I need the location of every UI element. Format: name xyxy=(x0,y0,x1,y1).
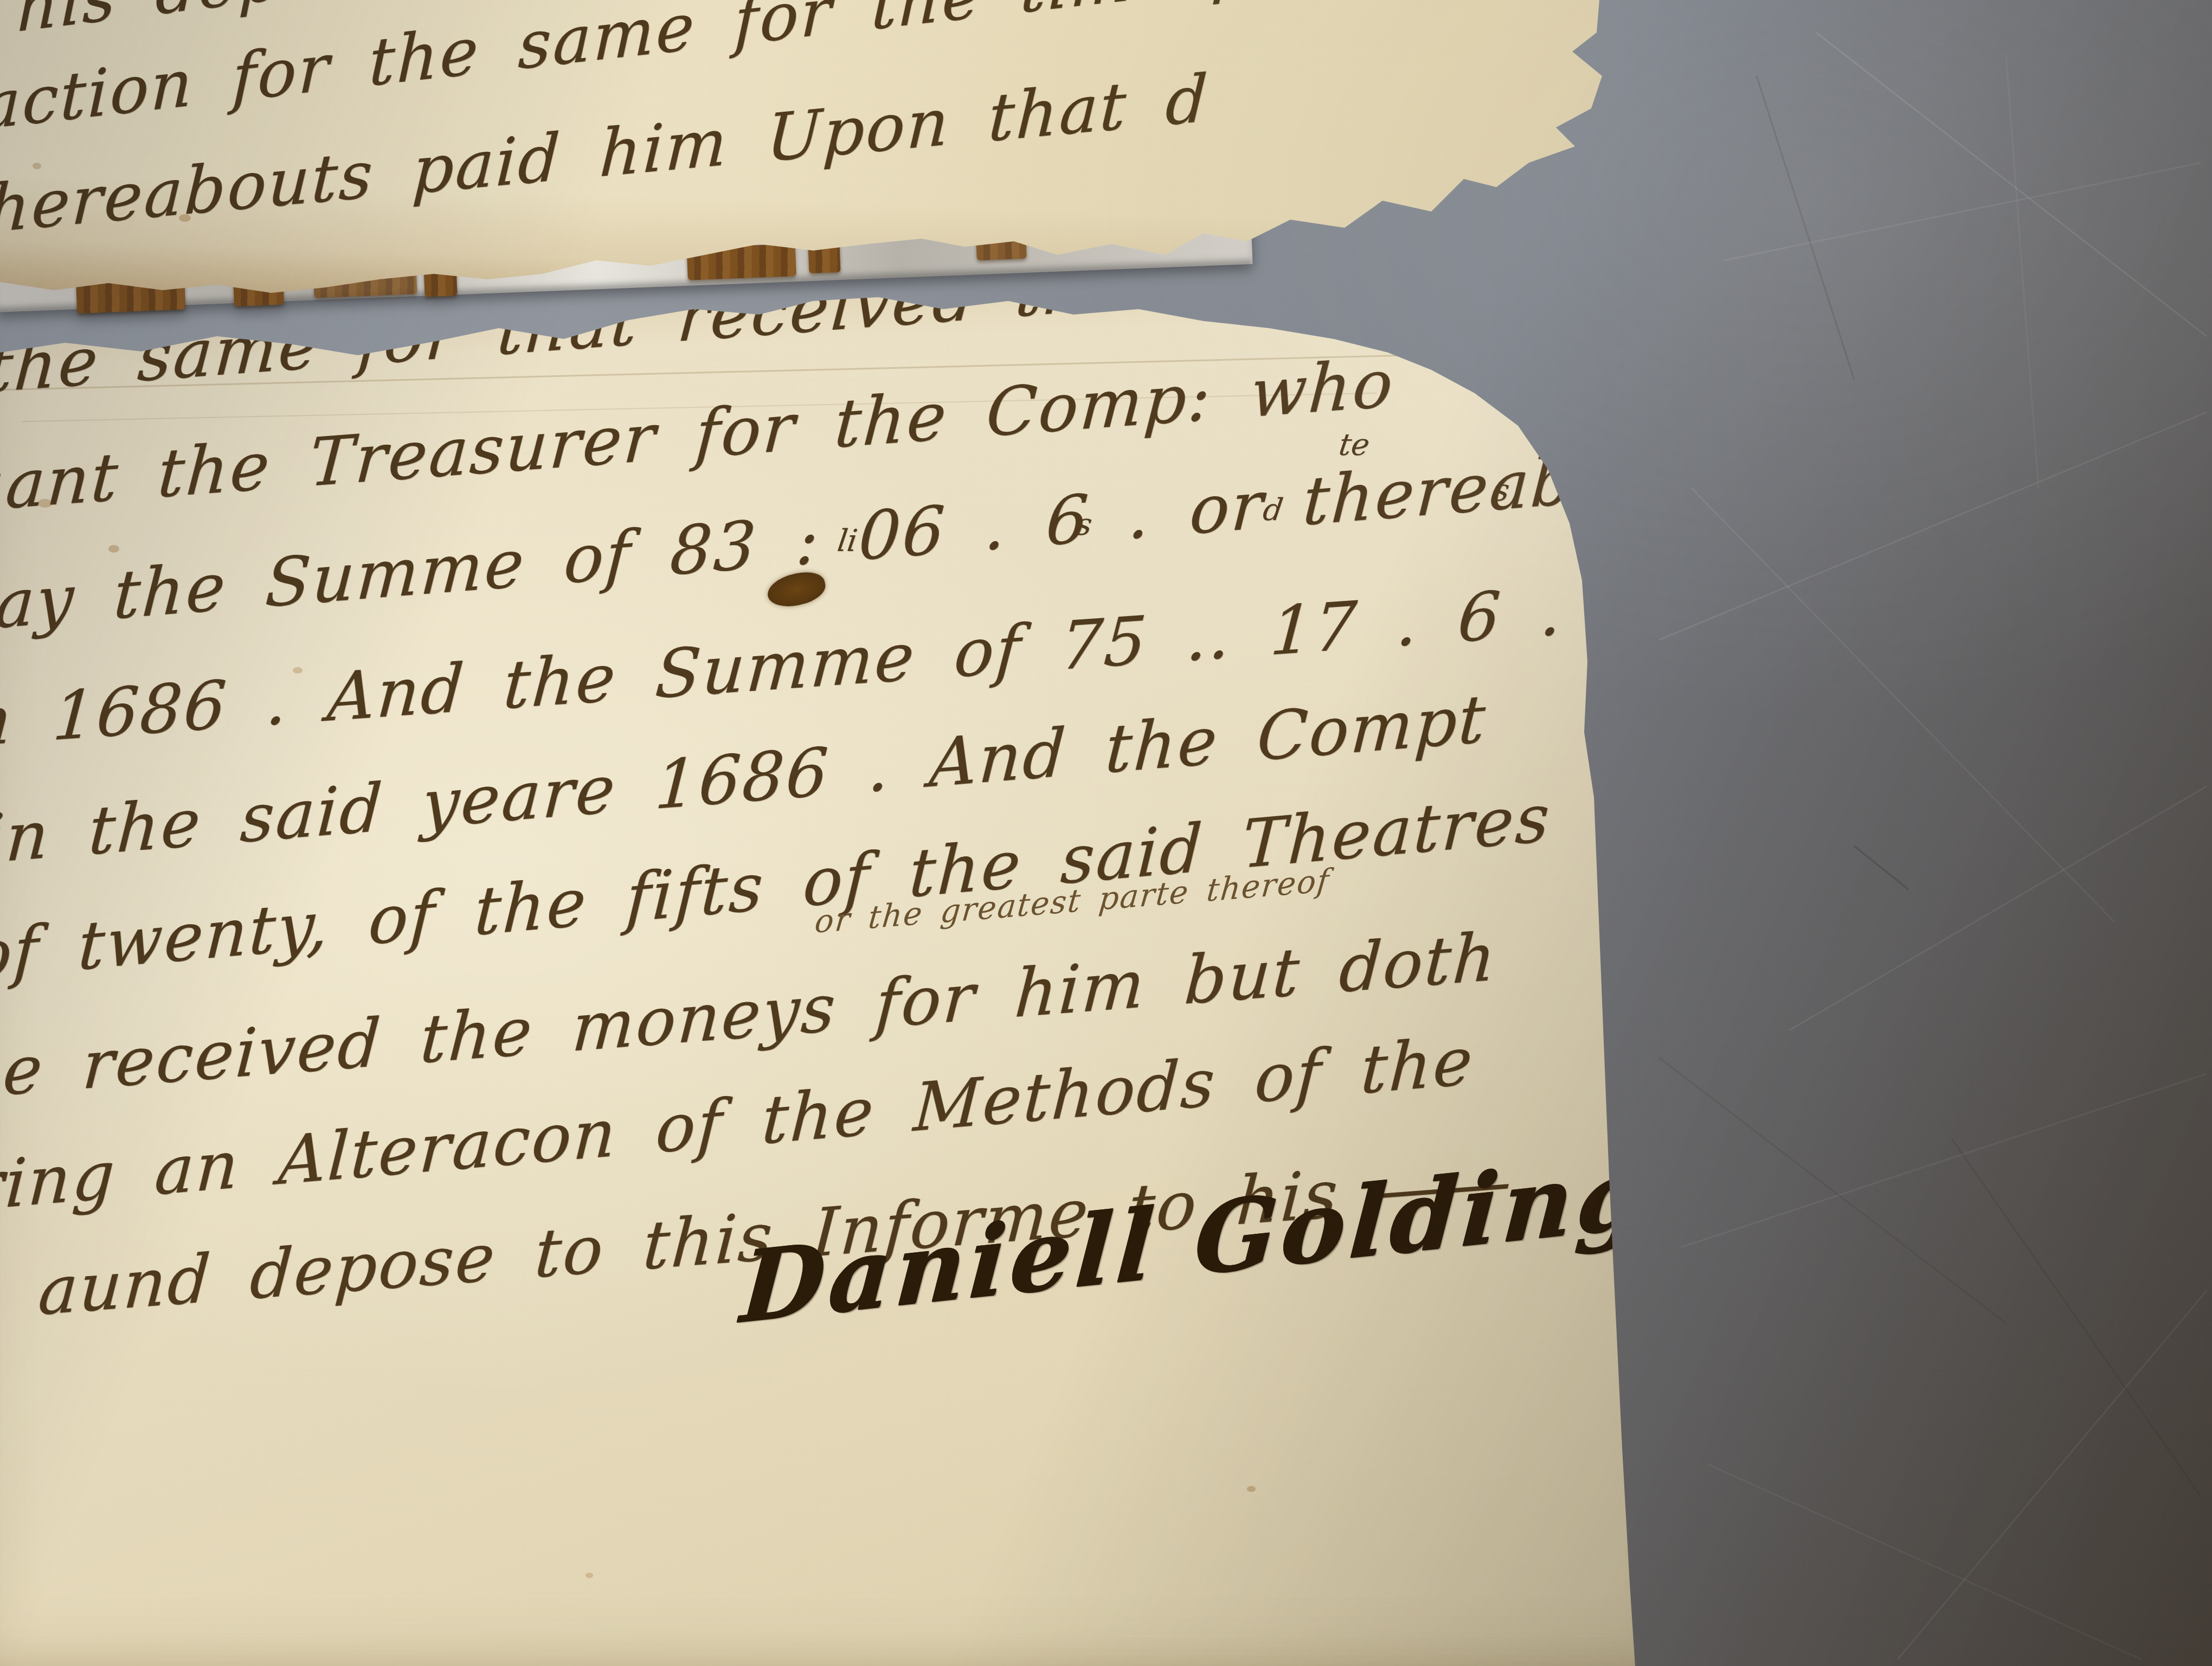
fox-stain xyxy=(586,1573,593,1578)
scratch-line xyxy=(1898,1291,2207,1659)
scratch-line xyxy=(1681,1074,2207,1247)
fox-stain xyxy=(108,545,119,553)
scratch-line xyxy=(2006,54,2039,488)
fox-stain xyxy=(38,499,52,508)
scratch-line xyxy=(1789,786,2207,1030)
scratch-line xyxy=(1757,76,1854,380)
fox-stain xyxy=(179,214,191,222)
scratch-line xyxy=(1816,33,2207,336)
fox-stain xyxy=(293,667,303,674)
fox-stain xyxy=(33,163,41,169)
scratch-line xyxy=(1708,1464,2142,1659)
manuscript-photo: the same for that received the said —— u… xyxy=(0,0,2212,1666)
scratch-line xyxy=(1659,412,2207,640)
abbreviation-superscript: te xyxy=(1336,427,1372,463)
scratch-line xyxy=(1952,1139,2201,1497)
scratch-line xyxy=(1724,163,2201,260)
scratch-line xyxy=(1659,1058,2006,1323)
main-page: the same for that received the said —— u… xyxy=(0,228,1681,1666)
scratch-line xyxy=(1692,488,2114,922)
fox-stain xyxy=(1247,1486,1256,1492)
scratch-line xyxy=(1854,846,1908,889)
